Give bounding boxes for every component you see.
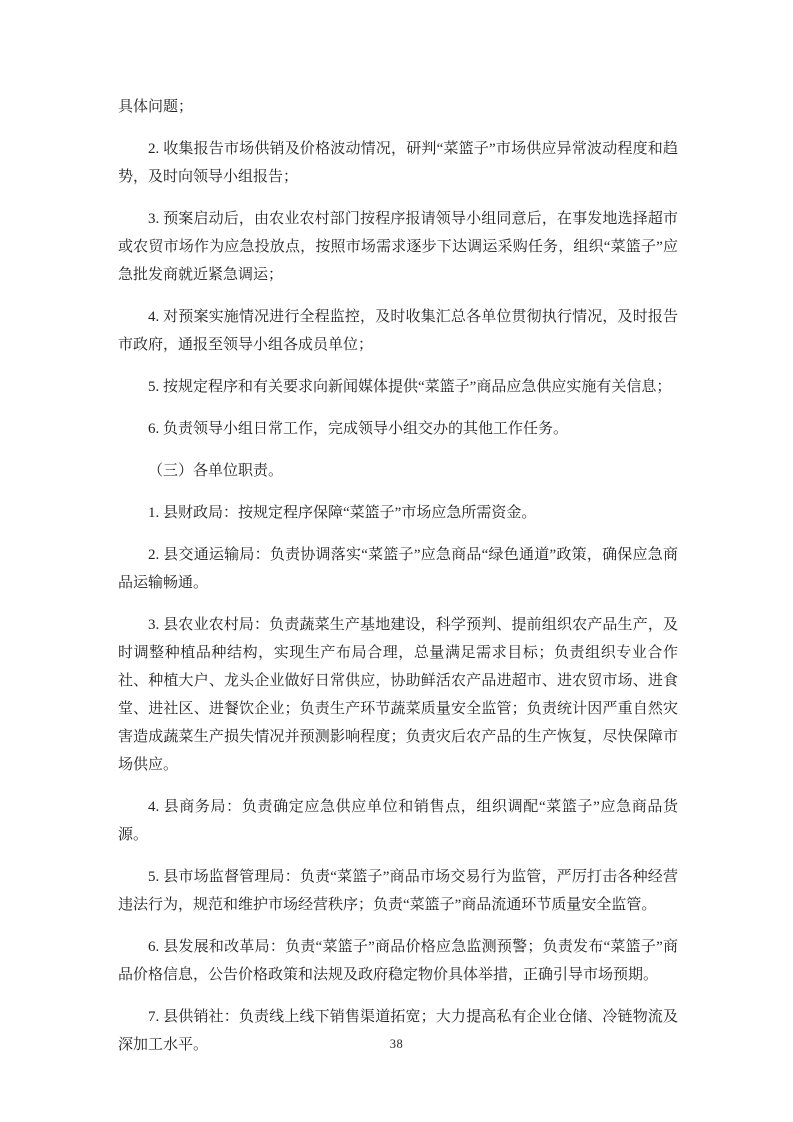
paragraph: 1. 县财政局：按规定程序保障“菜篮子”市场应急所需资金。 [118, 499, 678, 527]
paragraph: 3. 预案启动后，由农业农村部门按程序报请领导小组同意后，在事发地选择超市或农贸… [118, 205, 678, 289]
paragraph: 5. 县市场监督管理局：负责“菜篮子”商品市场交易行为监管，严厉打击各种经营违法… [118, 863, 678, 919]
paragraph: 具体问题； [118, 93, 678, 121]
section-heading: （三）各单位职责。 [118, 457, 678, 485]
paragraph: 4. 对预案实施情况进行全程监控，及时收集汇总各单位贯彻执行情况，及时报告市政府… [118, 303, 678, 359]
paragraph: 5. 按规定程序和有关要求向新闻媒体提供“菜篮子”商品应急供应实施有关信息； [118, 373, 678, 401]
page-footer: 38 [0, 1034, 793, 1054]
paragraph: 2. 收集报告市场供销及价格波动情况，研判“菜篮子”市场供应异常波动程度和趋势，… [118, 135, 678, 191]
paragraph: 3. 县农业农村局：负责蔬菜生产基地建设，科学预判、提前组织农产品生产，及时调整… [118, 611, 678, 779]
document-body: 具体问题； 2. 收集报告市场供销及价格波动情况，研判“菜篮子”市场供应异常波动… [118, 93, 678, 1073]
page-number: 38 [390, 1037, 404, 1051]
paragraph: 6. 负责领导小组日常工作，完成领导小组交办的其他工作任务。 [118, 415, 678, 443]
document-page: 具体问题； 2. 收集报告市场供销及价格波动情况，研判“菜篮子”市场供应异常波动… [0, 0, 793, 1122]
paragraph: 4. 县商务局：负责确定应急供应单位和销售点，组织调配“菜篮子”应急商品货源。 [118, 793, 678, 849]
paragraph: 6. 县发展和改革局：负责“菜篮子”商品价格应急监测预警；负责发布“菜篮子”商品… [118, 933, 678, 989]
paragraph: 2. 县交通运输局：负责协调落实“菜篮子”应急商品“绿色通道”政策，确保应急商品… [118, 541, 678, 597]
